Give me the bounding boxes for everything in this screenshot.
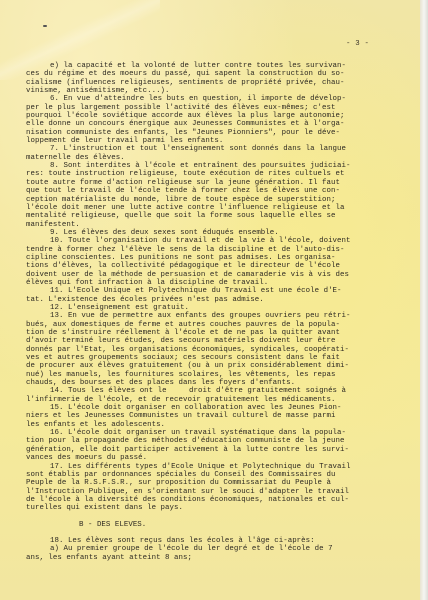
text-line: 15. L'école doit organiser en collaborat… (26, 404, 398, 412)
text-line: chauds, des bourses et des places dans l… (26, 379, 398, 387)
text-line: ans, les enfants ayant atteint 8 ans; (26, 554, 398, 562)
text-line: génération, elle doit participer activem… (26, 446, 398, 454)
document-page: - 3 - e) la capacité et la volonté de lu… (0, 0, 420, 600)
text-line: mentalité religieuse, quelle que soit la… (26, 212, 398, 220)
text-line: élèves qui font infraction à la discipli… (26, 279, 398, 287)
text-line: de l'école à la diversité des conditions… (26, 496, 398, 504)
text-line: loppement de leur travail parmi les enfa… (26, 137, 398, 145)
text-line: 18. Les élèves sont reçus dans les école… (26, 537, 398, 545)
text-line: 10. Toute l'organisation du travail et d… (26, 237, 398, 245)
text-line: tions d'élèves, la collectivité pédagogi… (26, 262, 398, 270)
text-line: tion pour la propagande des méthodes d'é… (26, 437, 398, 445)
text-line: cialisme (influences religieuses, sentim… (26, 79, 398, 87)
text-line: ces du régime et des moeurs du passé, qu… (26, 70, 398, 78)
text-line: turelles qui existent dans le pays. (26, 504, 398, 512)
text-line: d'avoir terminé leurs études, des secour… (26, 337, 398, 345)
text-line: ves et autres groupements sociaux; ces s… (26, 354, 398, 362)
text-line: nisation communiste des enfants, les "Je… (26, 129, 398, 137)
text-line: pourquoi l'école soviétique accorde aux … (26, 112, 398, 120)
text-line: e) la capacité et la volonté de lutter c… (26, 62, 398, 70)
text-line: l'école doit mener une lutte active cont… (26, 204, 398, 212)
text-line: bués, aux domestiques de ferme et autres… (26, 321, 398, 329)
text-line: ception matérialiste du monde, libre de … (26, 196, 398, 204)
text-line: manifestent. (26, 221, 398, 229)
text-line: que tout le travail de l'école tende à f… (26, 187, 398, 195)
text-line: l'infirmerie de l'école, et de recevoir … (26, 396, 398, 404)
text-line: maternelle des élèves. (26, 154, 398, 162)
text-line: 8. Sont interdites à l'école et entraîne… (26, 162, 398, 170)
text-line: elle donne un concours énergique aux Jeu… (26, 120, 398, 128)
text-line: a) Au premier groupe de l'école du ler d… (26, 545, 398, 553)
text-line: res: toute instruction religieuse, toute… (26, 170, 398, 178)
text-line: nué) les manuels, les fournitures scolai… (26, 371, 398, 379)
text-line: donnés par l'Etat, les organisations éco… (26, 346, 398, 354)
text-line: 17. Les différents types d'Ecole Unique … (26, 463, 398, 471)
text-line: vances des moeurs du passé. (26, 454, 398, 462)
text-line: vinisme, antisémitisme, etc...). (26, 87, 398, 95)
text-line: 13. En vue de permettre aux enfants des … (26, 312, 398, 320)
text-line: doivent user de la méthode de persuasion… (26, 271, 398, 279)
text-line: 6. En vue d'atteindre les buts en questi… (26, 95, 398, 103)
text-line: 11. L'Ecole Unique et Polytechnique du T… (26, 287, 398, 295)
text-line: tion de s'instruire réellement à l'école… (26, 329, 398, 337)
document-body: e) la capacité et la volonté de lutter c… (26, 62, 398, 562)
text-line: niers et les Jeunesses Communistes un tr… (26, 412, 398, 420)
text-line: de procurer aux élèves gratuitement (ou … (26, 362, 398, 370)
text-line: tat. L'existence des écoles privées n'es… (26, 296, 398, 304)
text-line: 14. Tous les élèves ont le droit d'être … (26, 387, 398, 395)
text-line: 7. L'instruction et tout l'enseignement … (26, 145, 398, 153)
text-line: l'Instruction Publique, en s'orientant s… (26, 488, 398, 496)
text-line: les enfants et les adolescents. (26, 421, 398, 429)
text-line: 9. Les élèves des deux sexes sont éduqué… (26, 229, 398, 237)
text-line: toute autre forme d'action religieuse su… (26, 179, 398, 187)
text-line: sont établis par ordonnances spéciales d… (26, 471, 398, 479)
text-line: per le plus largement possible l'activit… (26, 104, 398, 112)
ink-speck (43, 25, 47, 27)
page-edge (420, 0, 428, 600)
text-line: 16. L'école doit organiser un travail sy… (26, 429, 398, 437)
text-line: tendre à former chez l'élève le sens de … (26, 246, 398, 254)
text-line: Peuple de la R.S.F.S.R., sur proposition… (26, 479, 398, 487)
page-number: - 3 - (346, 40, 369, 48)
text-line: cipline conscientes. Les punitions ne so… (26, 254, 398, 262)
section-heading: B - DES ELEVES. (26, 521, 398, 529)
text-line: 12. L'enseignement est gratuit. (26, 304, 398, 312)
